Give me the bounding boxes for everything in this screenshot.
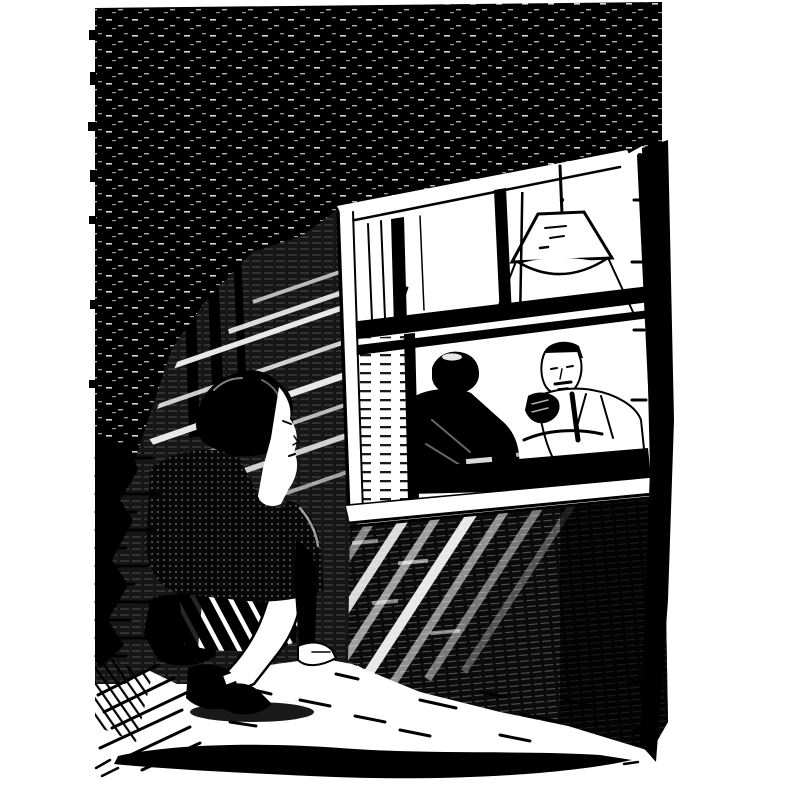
lamp-glow	[510, 258, 614, 286]
lower-left-pane	[356, 336, 410, 503]
illustration-canvas	[0, 0, 790, 795]
story-illustration	[0, 0, 790, 795]
window	[337, 155, 656, 517]
